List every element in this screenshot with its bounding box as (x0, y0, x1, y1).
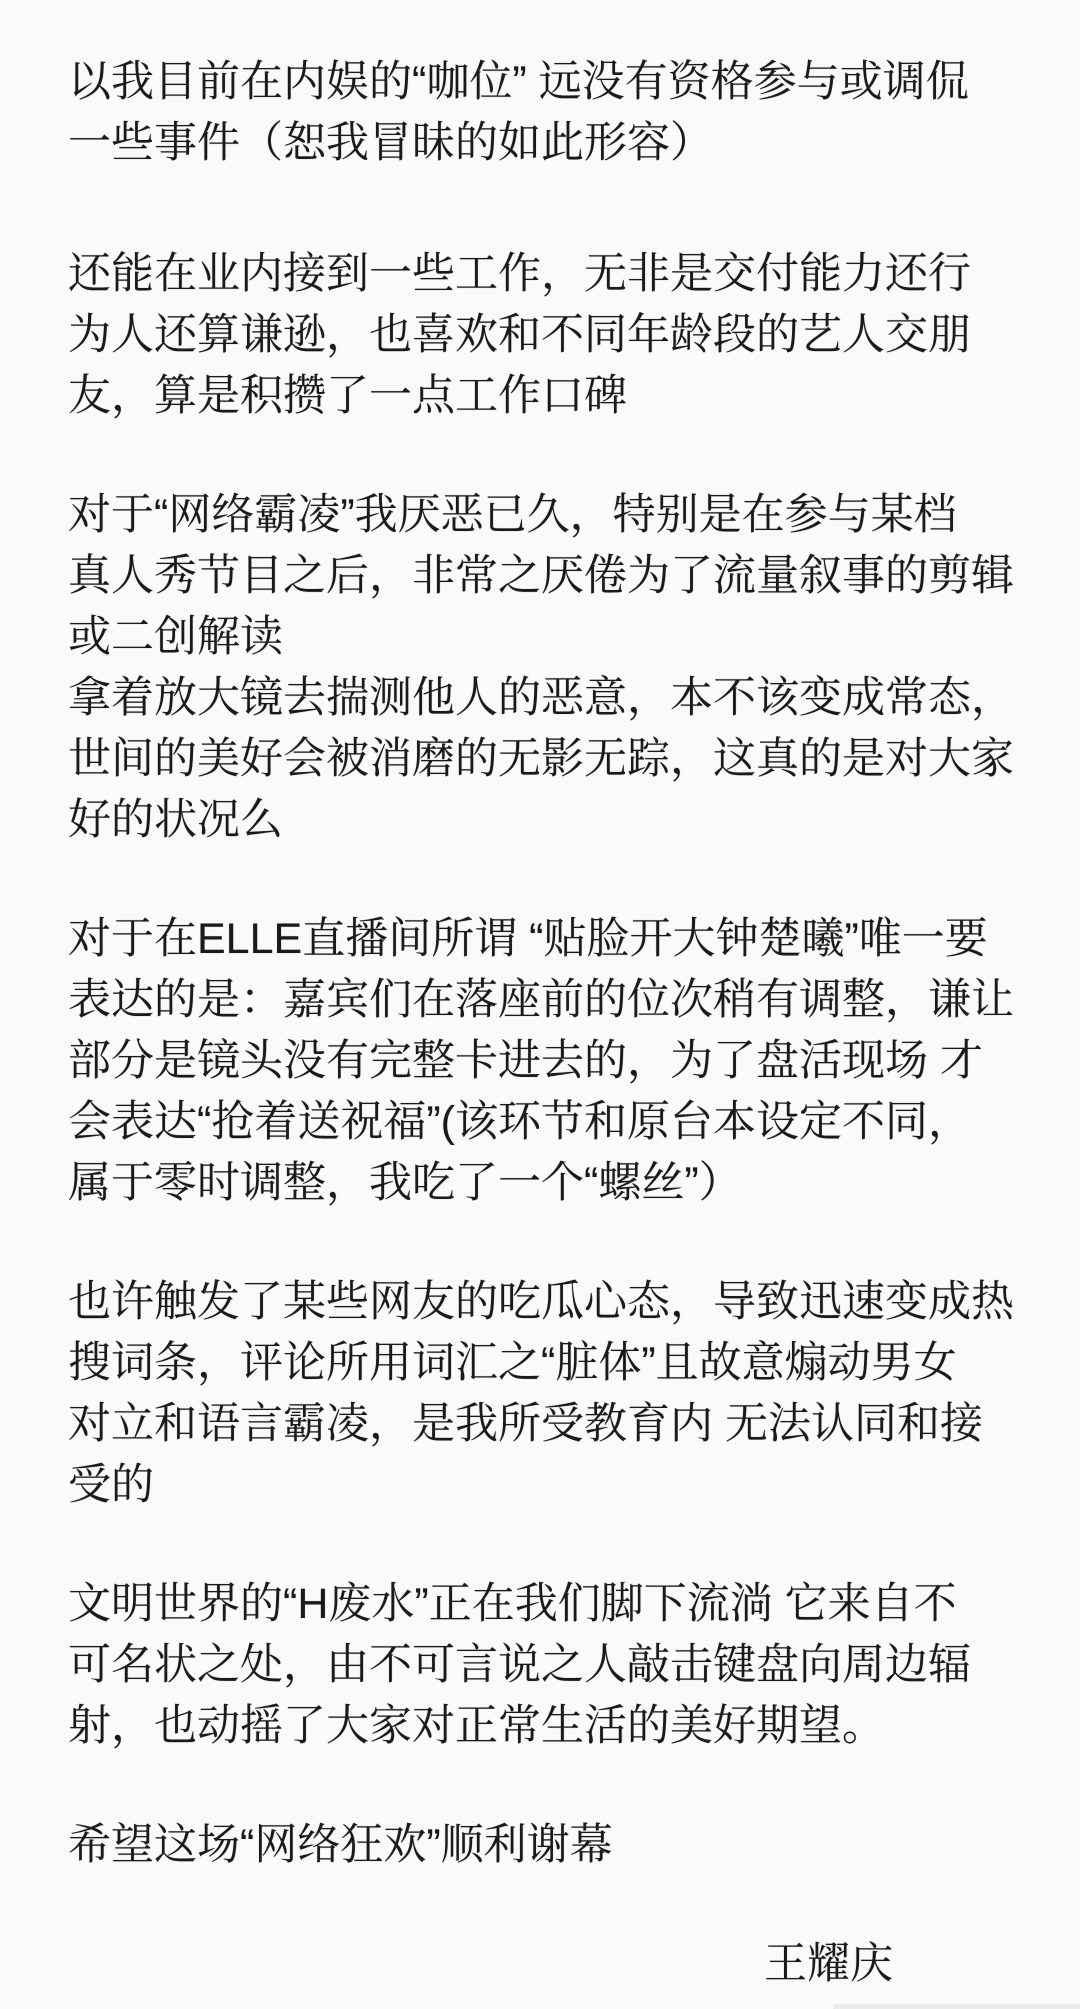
statement-paragraph-5: 也许触发了某些网友的吃瓜心态，导致迅速变成热 搜词条，评论所用词汇之“脏体”且故… (68, 1272, 1034, 1516)
statement-paragraph-7: 希望这场“网络狂欢”顺利谢幕 (68, 1815, 1034, 1876)
statement-paragraph-4: 对于在ELLE直播间所谓 “贴脸开大钟楚曦”唯一要 表达的是：嘉宾们在落座前的位… (68, 909, 1034, 1214)
signature-name: 王耀庆 (68, 1934, 1034, 1995)
statement-paragraph-2: 还能在业内接到一些工作，无非是交付能力还行 为人还算谦逊，也喜欢和不同年龄段的艺… (68, 244, 1034, 427)
statement-page: 以我目前在内娱的“咖位” 远没有资格参与或调侃 一些事件（恕我冒昧的如此形容） … (0, 0, 1080, 2009)
statement-paragraph-6: 文明世界的“H废水”正在我们脚下流淌 它来自不 可名状之处，由不可言说之人敲击键… (68, 1574, 1034, 1757)
statement-paragraph-3: 对于“网络霸凌”我厌恶已久，特别是在参与某档 真人秀节目之后，非常之厌倦为了流量… (68, 485, 1034, 851)
statement-paragraph-1: 以我目前在内娱的“咖位” 远没有资格参与或调侃 一些事件（恕我冒昧的如此形容） (68, 52, 1034, 174)
bottom-edge-artifact (833, 2004, 1080, 2009)
